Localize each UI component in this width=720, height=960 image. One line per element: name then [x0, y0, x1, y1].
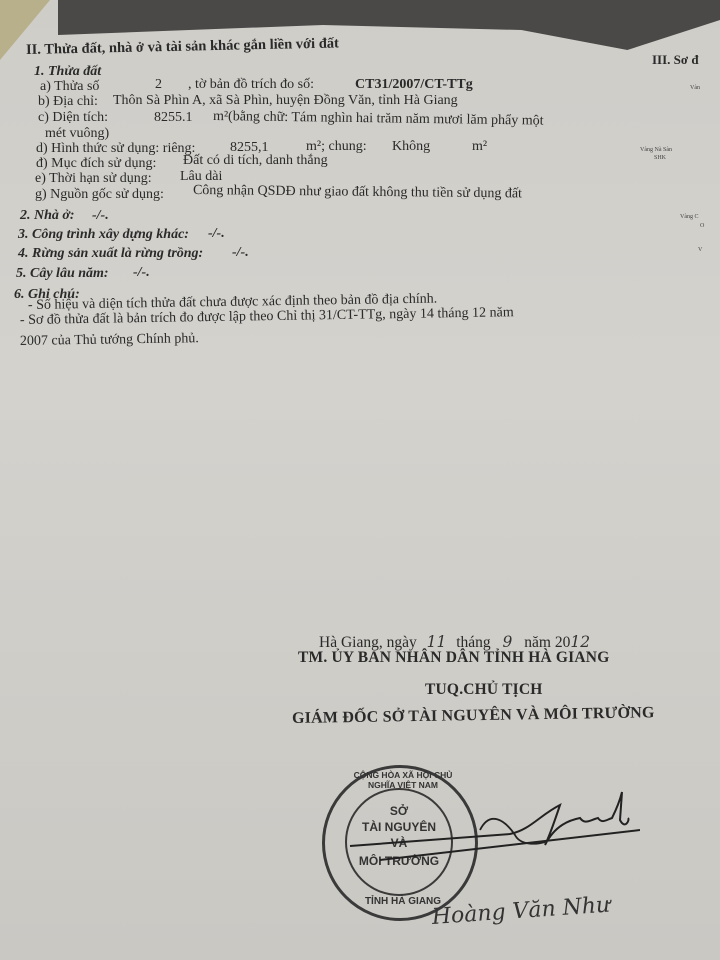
address-label: b) Địa chỉ: [38, 94, 98, 110]
purpose-label: đ) Mục đích sử dụng: [36, 156, 156, 172]
delegation-line: TUQ.CHỦ TỊCH [425, 682, 543, 698]
area-in-words: m²(bằng chữ: Tám nghìn hai trăm năm mươi… [213, 109, 544, 130]
section-title: II. Thửa đất, nhà ở và tài sản khác gắn … [26, 35, 339, 58]
shared-area-value: Không [392, 139, 430, 155]
term-label: e) Thời hạn sử dụng: [35, 171, 152, 187]
document-page: II. Thửa đất, nhà ở và tài sản khác gắn … [0, 0, 720, 960]
purpose-value: Đất có di tích, danh thắng [183, 153, 328, 169]
production-forest-value: -/-. [232, 245, 249, 261]
parcel-number-label: a) Thửa số [40, 79, 99, 95]
use-form-label: d) Hình thức sử dụng: riêng: [36, 141, 195, 157]
housing-value: -/-. [92, 208, 109, 224]
area-in-words-cont: mét vuông) [45, 126, 109, 142]
authority-line: TM. ỦY BAN NHÂN DÂN TỈNH HÀ GIANG [298, 650, 609, 666]
side-heading: III. Sơ đ [652, 52, 699, 68]
area-label: c) Diện tích: [38, 110, 108, 126]
origin-label: g) Nguồn gốc sử dụng: [35, 187, 164, 203]
note-line-3: 2007 của Thủ tướng Chính phủ. [20, 331, 199, 350]
side-note-5: O [700, 218, 704, 234]
side-note-6: V [698, 242, 702, 258]
production-forest-label: 4. Rừng sản xuất là rừng trồng: [18, 246, 203, 262]
side-note-3: SHK [654, 150, 666, 166]
address-value: Thôn Sà Phìn A, xã Sà Phìn, huyện Đồng V… [113, 93, 458, 109]
map-sheet-label: , tờ bản đồ trích đo số: [188, 77, 314, 93]
land-heading: 1. Thửa đất [34, 64, 101, 80]
origin-value: Công nhận QSDĐ như giao đất không thu ti… [193, 183, 522, 202]
signature-scribble [340, 790, 640, 870]
side-note-1: Vàn [690, 80, 700, 96]
area-value: 8255.1 [154, 110, 193, 126]
director-title: GIÁM ĐỐC SỞ TÀI NGUYÊN VÀ MÔI TRƯỜNG [292, 705, 655, 727]
other-construction-value: -/-. [208, 226, 225, 242]
housing-label: 2. Nhà ở: [20, 208, 75, 224]
perennial-trees-value: -/-. [133, 265, 150, 281]
signer-name: Hoàng Văn Như [431, 898, 610, 926]
other-construction-label: 3. Công trình xây dựng khác: [18, 227, 189, 243]
shared-unit: m² [472, 139, 487, 155]
parcel-number-value: 2 [155, 77, 162, 93]
side-note-4: Vàng C [680, 209, 699, 225]
perennial-trees-label: 5. Cây lâu năm: [16, 266, 109, 282]
map-sheet-value: CT31/2007/CT-TTg [355, 77, 473, 93]
seal-ring-top-text: CỘNG HÒA XÃ HỘI CHỦ NGHĨA VIỆT NAM [343, 770, 463, 790]
